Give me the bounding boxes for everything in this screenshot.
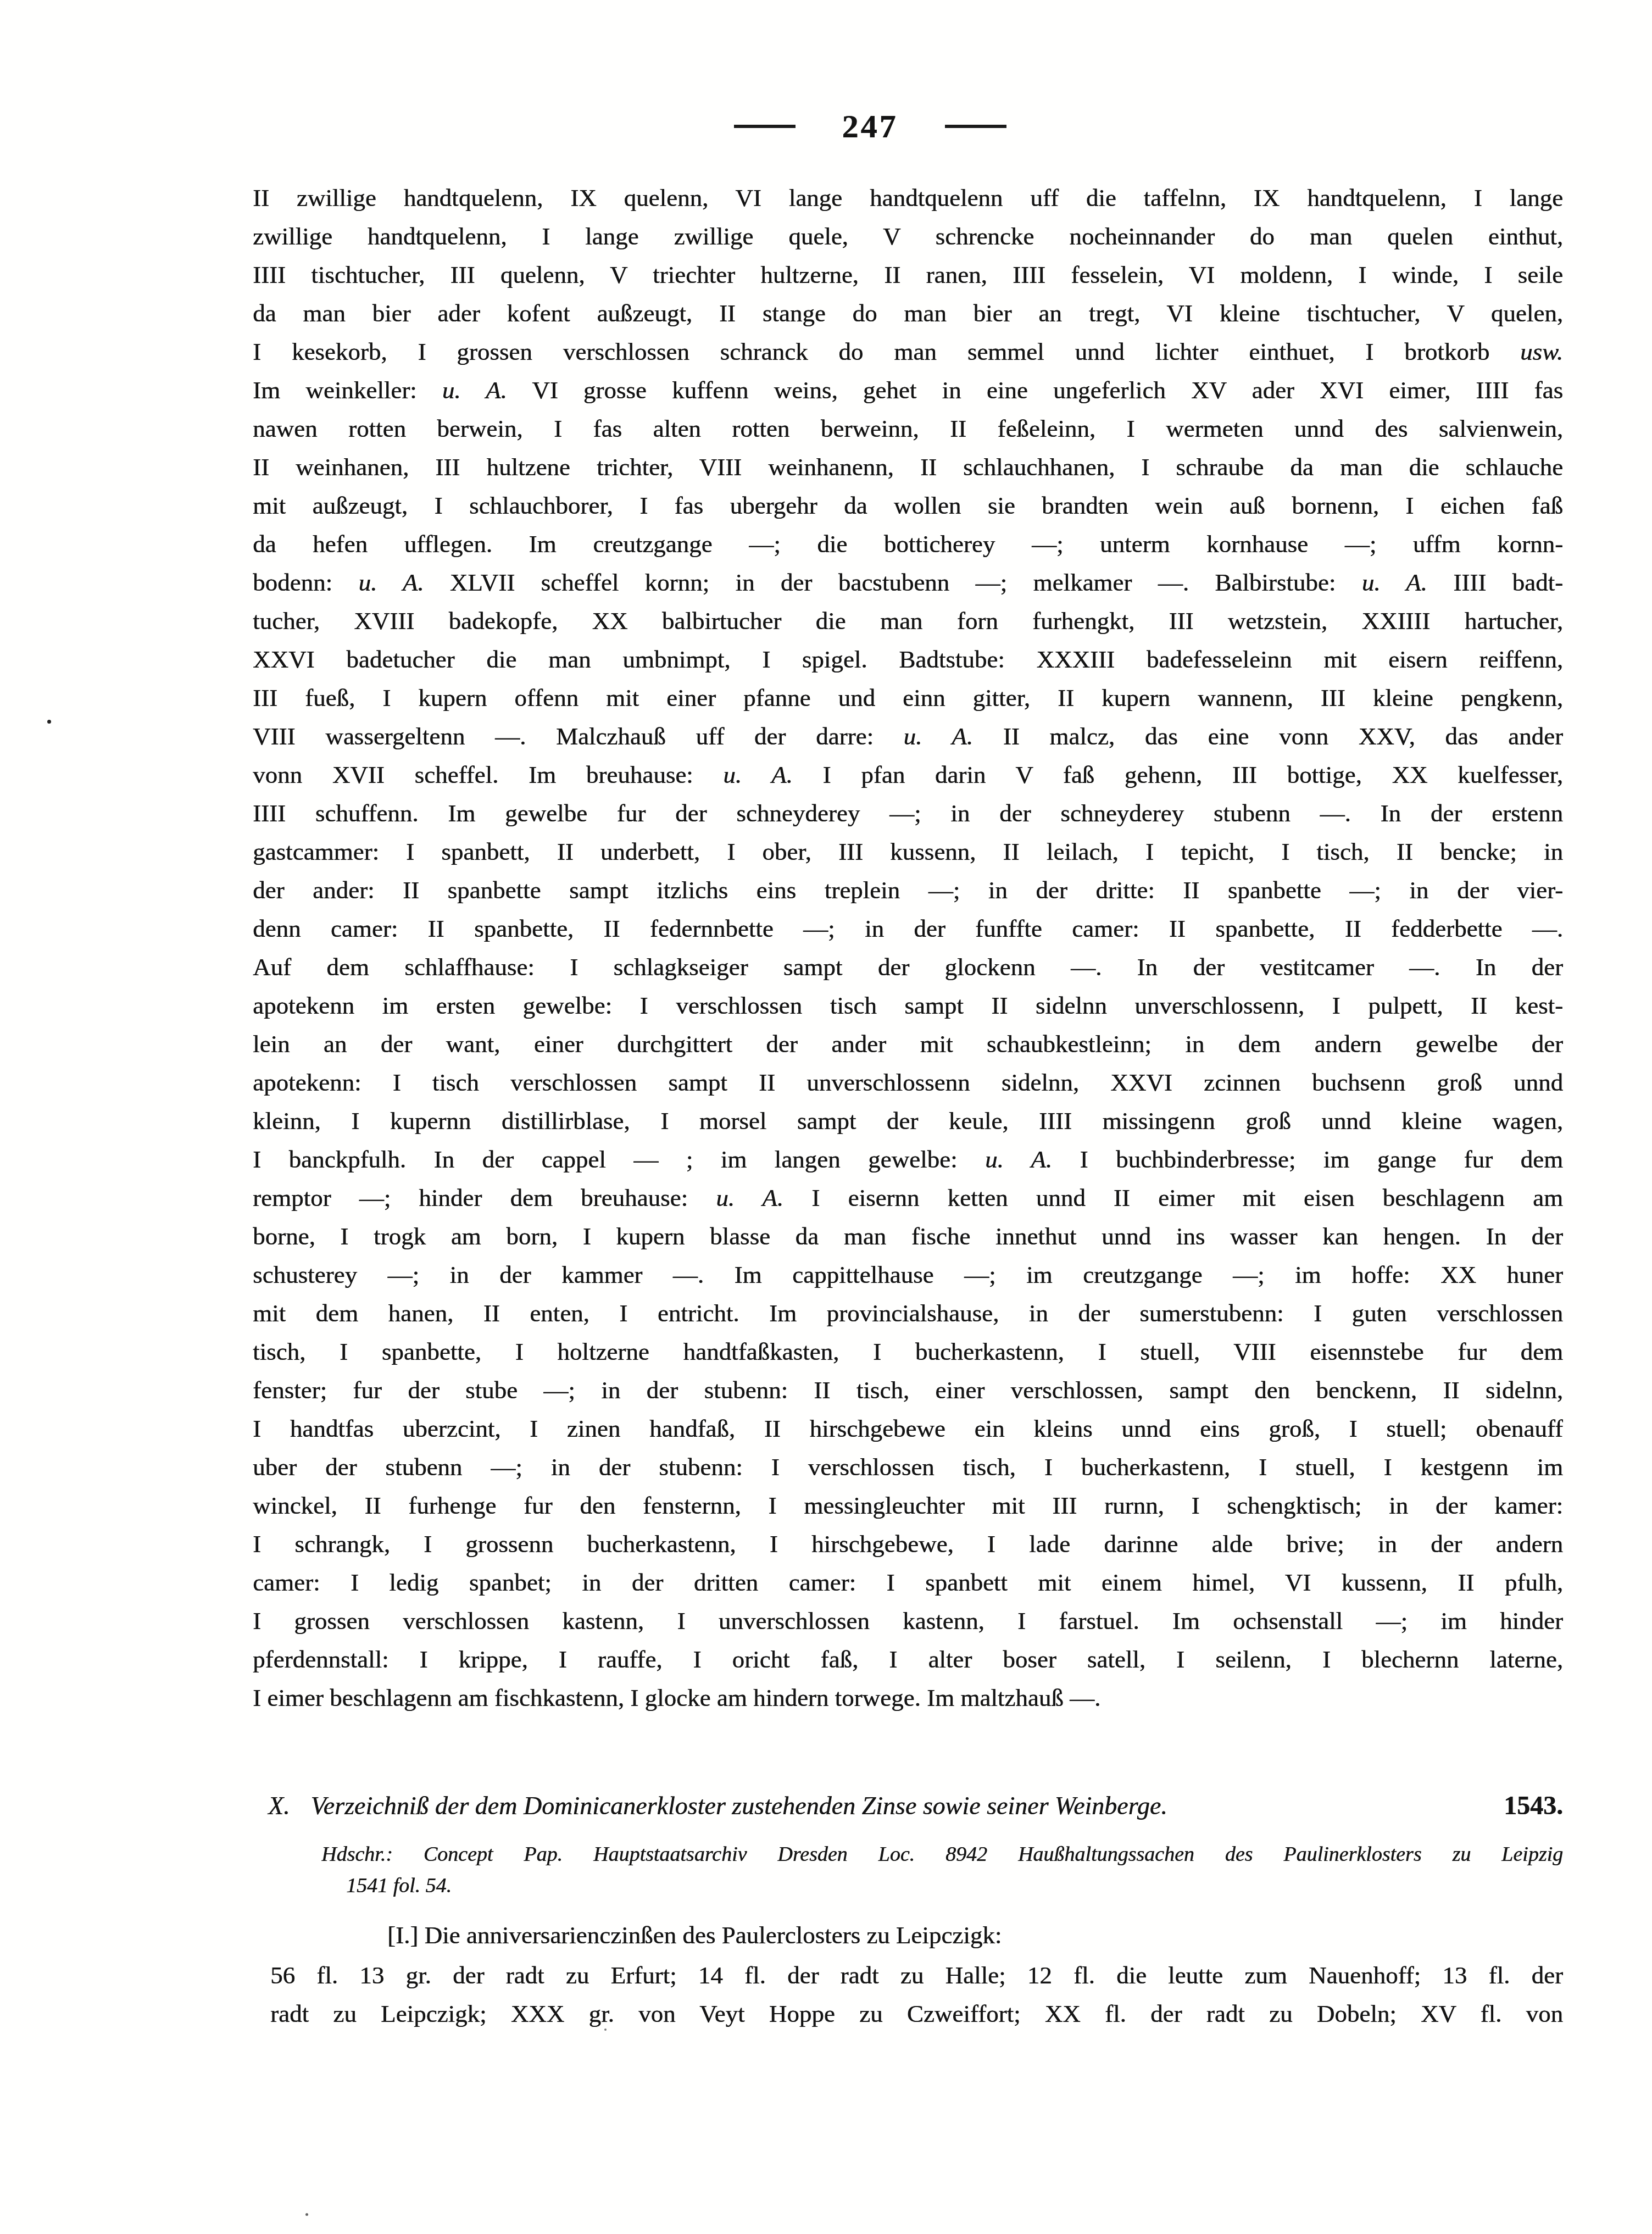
- text-segment: pferdennstall: I krippe, I rauffe, I ori…: [253, 1646, 1563, 1673]
- text-segment: camer: I ledig spanbet; in der dritten c…: [253, 1569, 1563, 1596]
- text-line: bodenn: u. A. XLVII scheffel kornn; in d…: [253, 563, 1563, 602]
- text-line: tisch, I spanbette, I holtzerne handtfaß…: [253, 1332, 1563, 1371]
- text-line: I schrangk, I grossenn bucherkastenn, I …: [253, 1525, 1563, 1563]
- text-segment: schusterey —; in der kammer —. Im cappit…: [253, 1261, 1563, 1288]
- text-line: vonn XVII scheffel. Im breuhause: u. A. …: [253, 755, 1563, 794]
- text-segment: kleinn, I kupernn distillirblase, I mors…: [253, 1107, 1563, 1135]
- text-segment: radt zu Leipczigk; XXX gr. von Veyt Hopp…: [270, 2000, 1563, 2027]
- text-segment: winckel, II furhenge fur den fensternn, …: [253, 1492, 1563, 1519]
- text-segment: XLVII scheffel kornn; in der bacstubenn …: [424, 569, 1361, 596]
- text-segment: I eisernn ketten unnd II eimer mit eisen…: [783, 1184, 1563, 1212]
- text-line: gastcammer: I spanbett, II underbett, I …: [253, 832, 1563, 871]
- text-segment: vonn XVII scheffel. Im breuhause:: [253, 761, 723, 788]
- text-segment: I pfan darin V faß gehenn, III bottige, …: [793, 761, 1563, 788]
- text-segment: IIII badt-: [1427, 569, 1563, 596]
- text-line: I banckpfulh. In der cappel — ; im lange…: [253, 1140, 1563, 1179]
- text-line: borne, I trogk am born, I kupern blasse …: [253, 1217, 1563, 1255]
- text-line: 35winckel, II furhenge fur den fensternn…: [253, 1486, 1563, 1525]
- text-line: pferdennstall: I krippe, I rauffe, I ori…: [253, 1640, 1563, 1679]
- italic-text-segment: u. A.: [442, 376, 507, 404]
- text-line: 5I kesekorb, I grossen verschlossen schr…: [253, 332, 1563, 371]
- scan-speck: [604, 2029, 607, 2031]
- text-line: 25kleinn, I kupernn distillirblase, I mo…: [253, 1102, 1563, 1140]
- page-number: 247: [842, 107, 898, 146]
- text-line: mit außzeugt, I schlauchborer, I fas ube…: [253, 486, 1563, 525]
- italic-text-segment: u. A.: [723, 761, 792, 788]
- text-segment: nawen rotten berwein, I fas alten rotten…: [253, 415, 1563, 442]
- source-note-line1: Hdschr.: Concept Pap. Hauptstaatsarchiv …: [321, 1840, 1563, 1870]
- text-line: IIII schuffenn. Im gewelbe fur der schne…: [253, 794, 1563, 832]
- text-line: da man bier ader kofent außzeugt, II sta…: [253, 294, 1563, 332]
- text-segment: III fueß, I kupern offenn mit einer pfan…: [253, 684, 1563, 712]
- text-segment: der ander: II spanbette sampt itzlichs e…: [253, 876, 1563, 904]
- section-title: Verzeichniß der dem Dominicanerkloster z…: [311, 1787, 1167, 1825]
- text-segment: IIII tischtucher, III quelenn, V triecht…: [253, 261, 1563, 288]
- text-segment: Im weinkeller:: [253, 376, 442, 404]
- text-segment: uber der stubenn —; in der stubenn: I ve…: [253, 1453, 1563, 1481]
- italic-text-segment: u. A.: [1362, 569, 1427, 596]
- text-segment: I eimer beschlagenn am fischkastenn, I g…: [253, 1684, 1100, 1711]
- text-line: fenster; fur der stube —; in der stubenn…: [253, 1371, 1563, 1409]
- text-segment: II zwillige handtquelenn, IX quelenn, VI…: [253, 184, 1563, 212]
- scan-speck: [47, 720, 51, 724]
- scan-speck: [305, 2213, 308, 2216]
- text-segment: fenster; fur der stube —; in der stubenn…: [253, 1376, 1563, 1404]
- text-line: II zwillige handtquelenn, IX quelenn, VI…: [253, 179, 1563, 217]
- text-segment: I grossen verschlossen kastenn, I unvers…: [253, 1607, 1563, 1635]
- source-note-line2: 1541 fol. 54.: [346, 1871, 452, 1901]
- text-segment: mit dem hanen, II enten, I entricht. Im …: [253, 1299, 1563, 1327]
- text-line: remptor —; hinder dem breuhause: u. A. I…: [253, 1179, 1563, 1217]
- italic-text-segment: usw.: [1520, 338, 1563, 365]
- text-line: 15VIII wassergeltenn —. Malczhauß uff de…: [253, 717, 1563, 755]
- text-segment: bodenn:: [253, 569, 358, 596]
- text-segment: XXVI badetucher die man umbnimpt, I spig…: [253, 646, 1563, 673]
- header-rule-left: [734, 125, 796, 128]
- text-line: IIII tischtucher, III quelenn, V triecht…: [253, 255, 1563, 294]
- text-line: camer: I ledig spanbet; in der dritten c…: [253, 1563, 1563, 1602]
- text-line: lein an der want, einer durchgittert der…: [253, 1025, 1563, 1063]
- text-line: Im weinkeller: u. A. VI grosse kuffenn w…: [253, 371, 1563, 409]
- text-line: radt zu Leipczigk; XXX gr. von Veyt Hopp…: [270, 1994, 1563, 2033]
- text-segment: I handtfas uberzcint, I zinen handfaß, I…: [253, 1415, 1563, 1442]
- text-line: I grossen verschlossen kastenn, I unvers…: [253, 1602, 1563, 1640]
- scanned-page: 247 II zwillige handtquelenn, IX quelenn…: [0, 0, 1652, 2234]
- text-segment: I buchbinderbresse; im gange fur dem: [1052, 1146, 1563, 1173]
- text-segment: I banckpfulh. In der cappel — ; im lange…: [253, 1146, 985, 1173]
- text-line: tucher, XVIII badekopfe, XX balbirtucher…: [253, 602, 1563, 640]
- text-segment: borne, I trogk am born, I kupern blasse …: [253, 1222, 1563, 1250]
- text-segment: I schrangk, I grossenn bucherkastenn, I …: [253, 1530, 1563, 1558]
- bottom-lines: 4556 fl. 13 gr. der radt zu Erfurt; 14 f…: [270, 1956, 1563, 2033]
- text-line: III fueß, I kupern offenn mit einer pfan…: [253, 679, 1563, 717]
- section-heading: X. Verzeichniß der dem Dominicanerkloste…: [253, 1787, 1563, 1825]
- text-line: zwillige handtquelenn, I lange zwillige …: [253, 217, 1563, 255]
- text-segment: lein an der want, einer durchgittert der…: [253, 1030, 1563, 1058]
- text-line: schusterey —; in der kammer —. Im cappit…: [253, 1255, 1563, 1294]
- text-line: apotekenn im ersten gewelbe: I verschlos…: [253, 986, 1563, 1025]
- text-segment: II malcz, das eine vonn XXV, das ander: [973, 723, 1563, 750]
- text-line: uber der stubenn —; in der stubenn: I ve…: [253, 1448, 1563, 1486]
- italic-text-segment: u. A.: [904, 723, 973, 750]
- subsection-heading: [I.] Die anniversarienczinßen des Pauler…: [387, 1916, 1002, 1954]
- text-segment: I kesekorb, I grossen verschlossen schra…: [253, 338, 1520, 365]
- italic-text-segment: u. A.: [716, 1184, 783, 1212]
- text-segment: 56 fl. 13 gr. der radt zu Erfurt; 14 fl.…: [270, 1961, 1563, 1989]
- text-segment: VIII wassergeltenn —. Malczhauß uff der …: [253, 723, 904, 750]
- text-line: 30mit dem hanen, II enten, I entricht. I…: [253, 1294, 1563, 1332]
- text-line: II weinhanen, III hultzene trichter, VII…: [253, 448, 1563, 486]
- text-segment: da hefen ufflegen. Im creutzgange —; die…: [253, 530, 1563, 558]
- text-segment: Auf dem schlaffhause: I schlagkseiger sa…: [253, 953, 1563, 981]
- text-segment: apotekenn: I tisch verschlossen sampt II…: [253, 1069, 1563, 1096]
- text-segment: tisch, I spanbette, I holtzerne handtfaß…: [253, 1338, 1563, 1365]
- text-segment: remptor —; hinder dem breuhause:: [253, 1184, 716, 1212]
- italic-text-segment: u. A.: [358, 569, 424, 596]
- section-numeral: X.: [268, 1787, 290, 1825]
- text-segment: gastcammer: I spanbett, II underbett, I …: [253, 838, 1563, 865]
- text-segment: apotekenn im ersten gewelbe: I verschlos…: [253, 992, 1563, 1019]
- text-line: 10da hefen ufflegen. Im creutzgange —; d…: [253, 525, 1563, 563]
- text-segment: IIII schuffenn. Im gewelbe fur der schne…: [253, 799, 1563, 827]
- text-line: I handtfas uberzcint, I zinen handfaß, I…: [253, 1409, 1563, 1448]
- text-segment: VI grosse kuffenn weins, gehet in eine u…: [507, 376, 1563, 404]
- text-segment: denn camer: II spanbette, II federnnbett…: [253, 915, 1563, 942]
- header-rule-right: [945, 125, 1006, 128]
- section-year: 1543.: [1504, 1787, 1563, 1825]
- text-segment: mit außzeugt, I schlauchborer, I fas ube…: [253, 492, 1563, 519]
- text-line: XXVI badetucher die man umbnimpt, I spig…: [253, 640, 1563, 679]
- text-segment: II weinhanen, III hultzene trichter, VII…: [253, 453, 1563, 481]
- text-line: der ander: II spanbette sampt itzlichs e…: [253, 871, 1563, 909]
- text-segment: tucher, XVIII badekopfe, XX balbirtucher…: [253, 607, 1563, 635]
- text-line: nawen rotten berwein, I fas alten rotten…: [253, 409, 1563, 448]
- text-line: 40I eimer beschlagenn am fischkastenn, I…: [253, 1679, 1563, 1717]
- text-segment: da man bier ader kofent außzeugt, II sta…: [253, 299, 1563, 327]
- text-segment: zwillige handtquelenn, I lange zwillige …: [253, 223, 1563, 250]
- text-line: apotekenn: I tisch verschlossen sampt II…: [253, 1063, 1563, 1102]
- page-header: 247: [44, 107, 1652, 146]
- text-line: Auf dem schlaffhause: I schlagkseiger sa…: [253, 948, 1563, 986]
- body-text: II zwillige handtquelenn, IX quelenn, VI…: [253, 179, 1563, 1717]
- italic-text-segment: u. A.: [985, 1146, 1052, 1173]
- text-line: 20denn camer: II spanbette, II federnnbe…: [253, 909, 1563, 948]
- text-line: 4556 fl. 13 gr. der radt zu Erfurt; 14 f…: [270, 1956, 1563, 1994]
